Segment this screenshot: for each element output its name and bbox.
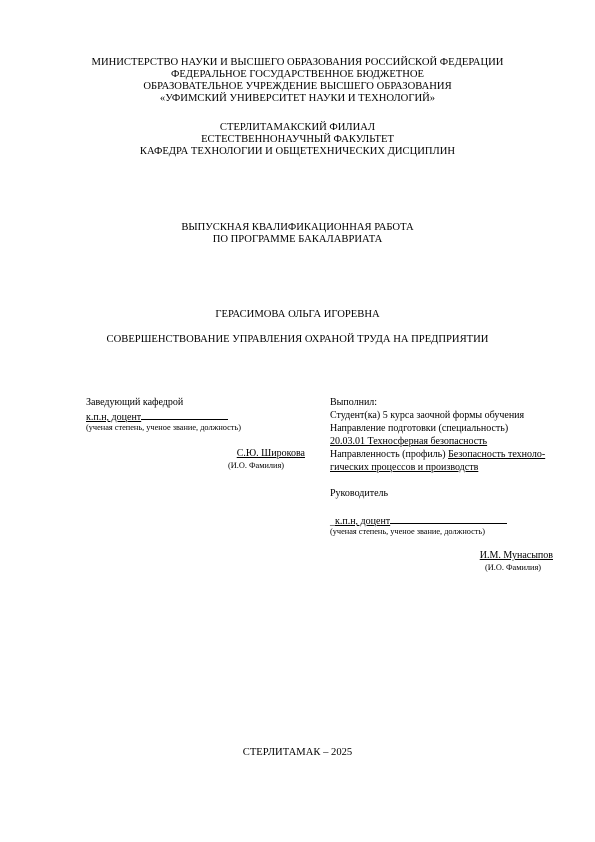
- direction-value: 20.03.01 Техносферная безопасность: [330, 436, 487, 449]
- supervisor-label: Руководитель: [330, 488, 388, 501]
- city-year: СТЕРЛИТАМАК – 2025: [0, 747, 595, 759]
- direction-label: Направление подготовки (специальность): [330, 423, 508, 436]
- profile-label: Направленность (профиль): [330, 449, 446, 460]
- faculty-name: ЕСТЕСТВЕННОНАУЧНЫЙ ФАКУЛЬТЕТ: [0, 134, 595, 146]
- branch-name: СТЕРЛИТАМАКСКИЙ ФИЛИАЛ: [0, 122, 595, 134]
- institution-line-1: ФЕДЕРАЛЬНОЕ ГОСУДАРСТВЕННОЕ БЮДЖЕТНОЕ: [0, 69, 595, 81]
- profile-row: Направленность (профиль) Безопасность те…: [330, 449, 545, 462]
- supervisor-name: И.М. Мунасыпов: [460, 550, 553, 563]
- signature-line: [390, 514, 507, 524]
- signature-line: [141, 410, 228, 420]
- supervisor-degree-hint: (ученая степень, ученое звание, должност…: [330, 526, 485, 539]
- head-of-dept-name-hint: (И.О. Фамилия): [228, 460, 284, 473]
- head-of-dept-name: С.Ю. Широкова: [229, 448, 305, 461]
- head-of-dept-degree-hint: (ученая степень, ученое звание, должност…: [86, 422, 241, 435]
- profile-value-part1: Безопасность техноло-: [448, 449, 545, 460]
- supervisor-name-hint: (И.О. Фамилия): [485, 562, 541, 575]
- work-program: ПО ПРОГРАММЕ БАКАЛАВРИАТА: [0, 234, 595, 246]
- head-of-dept-label: Заведующий кафедрой: [86, 397, 183, 410]
- institution-line-2: ОБРАЗОВАТЕЛЬНОЕ УЧРЕЖДЕНИЕ ВЫСШЕГО ОБРАЗ…: [0, 81, 595, 93]
- ministry-line: МИНИСТЕРСТВО НАУКИ И ВЫСШЕГО ОБРАЗОВАНИЯ…: [0, 57, 595, 69]
- profile-value-part2: гических процессов и производств: [330, 462, 478, 475]
- department-name: КАФЕДРА ТЕХНОЛОГИИ И ОБЩЕТЕХНИЧЕСКИХ ДИС…: [0, 146, 595, 158]
- thesis-title: СОВЕРШЕНСТВОВАНИЕ УПРАВЛЕНИЯ ОХРАНОЙ ТРУ…: [0, 334, 595, 346]
- student-course: Студент(ка) 5 курса заочной формы обучен…: [330, 410, 524, 423]
- university-name: «УФИМСКИЙ УНИВЕРСИТЕТ НАУКИ И ТЕХНОЛОГИЙ…: [0, 93, 595, 105]
- student-label: Выполнил:: [330, 397, 377, 410]
- work-type: ВЫПУСКНАЯ КВАЛИФИКАЦИОННАЯ РАБОТА: [0, 222, 595, 234]
- author-name: ГЕРАСИМОВА ОЛЬГА ИГОРЕВНА: [0, 309, 595, 321]
